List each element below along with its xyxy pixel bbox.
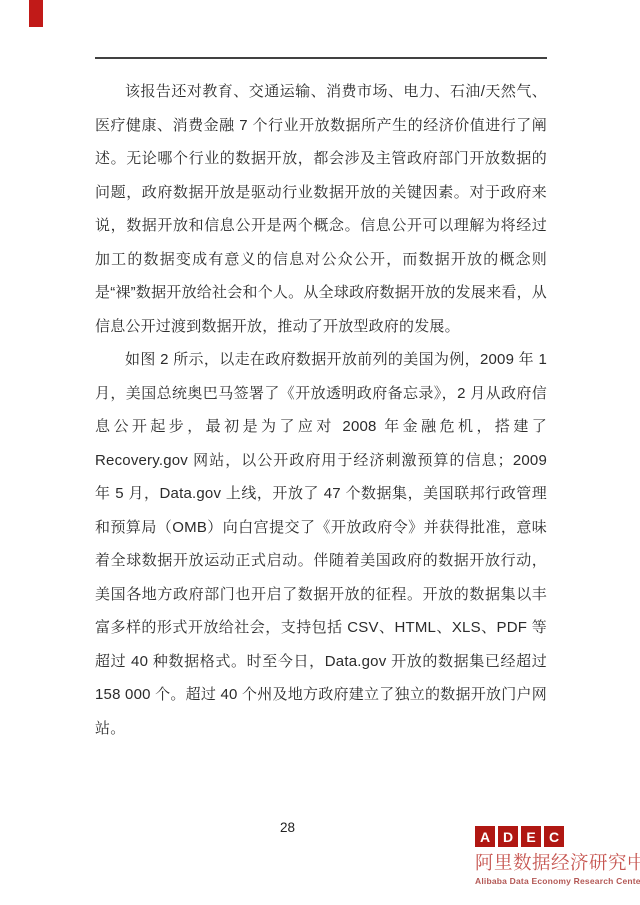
corner-accent-bar bbox=[29, 0, 43, 27]
logo-name-english: Alibaba Data Economy Research Center bbox=[475, 876, 640, 886]
adec-logo: A D E C 阿里数据经济研究中心 Alibaba Data Economy … bbox=[475, 826, 640, 886]
body-paragraph: 如图 2 所示，以走在政府数据开放前列的美国为例，2009 年 1 月，美国总统… bbox=[95, 343, 547, 745]
document-page: 该报告还对教育、交通运输、消费市场、电力、石油/天然气、医疗健康、消费金融 7 … bbox=[0, 0, 640, 905]
logo-letter-blocks: A D E C bbox=[475, 826, 640, 847]
body-text: 该报告还对教育、交通运输、消费市场、电力、石油/天然气、医疗健康、消费金融 7 … bbox=[95, 75, 547, 745]
logo-name-chinese: 阿里数据经济研究中心 bbox=[475, 849, 640, 875]
logo-letter-block: A bbox=[475, 826, 495, 847]
logo-letter-block: C bbox=[544, 826, 564, 847]
page-number: 28 bbox=[280, 820, 320, 835]
logo-letter-block: D bbox=[498, 826, 518, 847]
logo-letter-block: E bbox=[521, 826, 541, 847]
body-paragraph: 该报告还对教育、交通运输、消费市场、电力、石油/天然气、医疗健康、消费金融 7 … bbox=[95, 75, 547, 343]
header-rule bbox=[95, 57, 547, 59]
